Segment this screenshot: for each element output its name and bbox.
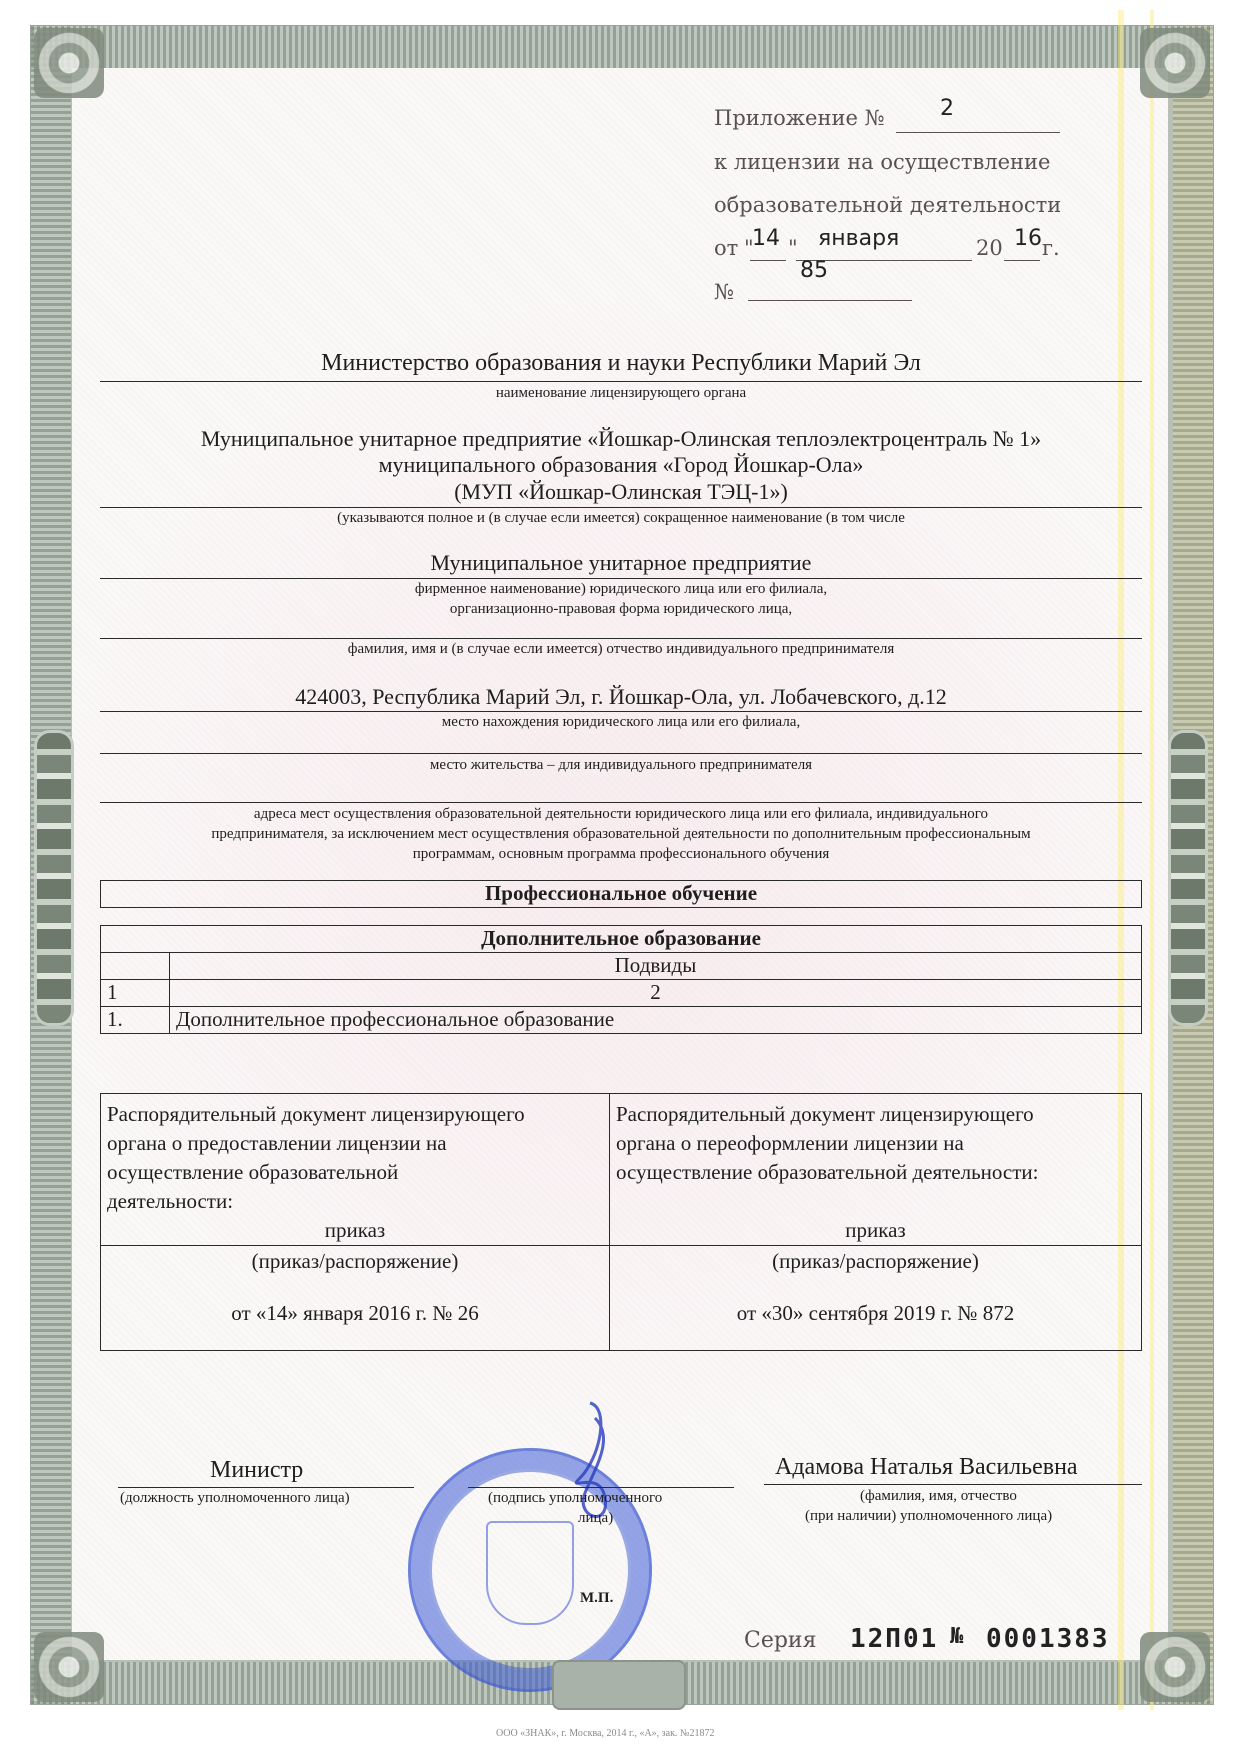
- reissue-type-caption: (приказ/распоряжение): [616, 1246, 1135, 1276]
- additional-education-table: Дополнительное образование Подвиды 1 2 1…: [100, 925, 1142, 1034]
- grant-order-cell: Распорядительный документ лицензирующего…: [101, 1094, 610, 1246]
- org-name-line2: муниципального образования «Город Йошкар…: [100, 452, 1142, 478]
- authority-caption: наименование лицензирующего органа: [100, 385, 1142, 402]
- address-caption3-line1: адреса мест осуществления образовательно…: [100, 806, 1142, 823]
- security-stripe: [1150, 10, 1154, 1710]
- signature-caption-line1: (подпись уполномоченного: [488, 1490, 662, 1507]
- frame-plate-ornament: [552, 1660, 686, 1710]
- address-caption2: место жительства – для индивидуального п…: [100, 757, 1142, 774]
- org-caption2-line2: организационно-правовая форма юридическо…: [100, 601, 1142, 618]
- seal-label: М.П.: [580, 1590, 613, 1607]
- org-caption2-line1: фирменное наименование) юридического лиц…: [100, 581, 1142, 598]
- table-row: 1 2: [101, 980, 1142, 1007]
- subtypes-header: Подвиды: [170, 953, 1142, 980]
- address-value: 424003, Республика Марий Эл, г. Йошкар-О…: [100, 684, 1142, 710]
- position-caption: (должность уполномоченного лица): [120, 1490, 350, 1507]
- authority-name: Министерство образования и науки Республ…: [100, 350, 1142, 377]
- address-caption3-line2: предпринимателя, за исключением мест осу…: [100, 826, 1142, 843]
- table-row: 1. Дополнительное профессиональное образ…: [101, 1007, 1142, 1034]
- corner-ornament-icon: [1140, 28, 1210, 98]
- corner-ornament-icon: [34, 28, 104, 98]
- serial-number: 0001383: [986, 1624, 1110, 1654]
- appendix-day: 14: [752, 226, 780, 251]
- reissue-order-date: от «30» сентября 2019 г. № 872: [616, 1298, 1135, 1328]
- signature-caption-line2: лица): [578, 1510, 613, 1527]
- reissue-order-type: приказ: [616, 1216, 1135, 1245]
- corner-ornament-icon: [34, 1632, 104, 1702]
- name-caption-line2: (при наличии) уполномоченного лица): [805, 1508, 1052, 1525]
- serial-label: Серия: [744, 1628, 816, 1653]
- appendix-label: Приложение №: [714, 106, 884, 130]
- signer-name: Адамова Наталья Васильевна: [775, 1454, 1078, 1481]
- license-no-label: №: [714, 280, 734, 304]
- orders-table: Распорядительный документ лицензирующего…: [100, 1093, 1142, 1351]
- license-number: 85: [800, 258, 828, 283]
- signer-position: Министр: [210, 1457, 303, 1484]
- address-caption3-line3: программам, основным программа профессио…: [100, 846, 1142, 863]
- year-prefix: 20: [976, 236, 1003, 260]
- appendix-line3: образовательной деятельности: [714, 193, 1061, 217]
- address-caption1: место нахождения юридического лица или е…: [100, 714, 1142, 731]
- org-caption1: (указываются полное и (в случае если име…: [100, 510, 1142, 527]
- org-legal-form: Муниципальное унитарное предприятие: [100, 550, 1142, 576]
- org-caption3: фамилия, имя и (в случае если имеется) о…: [100, 641, 1142, 658]
- date-prefix: от: [714, 236, 738, 260]
- serial-series: 12П01: [850, 1624, 938, 1654]
- appendix-year: 16: [1014, 226, 1042, 251]
- row-number: 1.: [101, 1007, 170, 1034]
- org-name-line3: (МУП «Йошкар-Олинская ТЭЦ-1»): [100, 479, 1142, 505]
- side-ornament-icon: [34, 730, 74, 1026]
- org-name-line1: Муниципальное унитарное предприятие «Йош…: [100, 426, 1142, 452]
- document-paper: [72, 68, 1168, 1660]
- grant-order-type: приказ: [107, 1216, 603, 1245]
- printer-note: ООО «ЗНАК», г. Москва, 2014 г., «А», зак…: [496, 1728, 714, 1739]
- side-ornament-icon: [1168, 730, 1208, 1026]
- appendix-month: января: [818, 226, 899, 251]
- grant-type-caption: (приказ/распоряжение): [107, 1246, 603, 1276]
- professional-training-table: Профессиональное обучение: [100, 880, 1142, 908]
- grant-order-date: от «14» января 2016 г. № 26: [107, 1298, 603, 1328]
- row-name: Дополнительное профессиональное образова…: [170, 1007, 1142, 1034]
- additional-education-title: Дополнительное образование: [101, 926, 1142, 953]
- professional-training-title: Профессиональное обучение: [101, 881, 1142, 908]
- appendix-line2: к лицензии на осуществление: [714, 150, 1050, 174]
- corner-ornament-icon: [1140, 1632, 1210, 1702]
- serial-no-label: №: [950, 1624, 965, 1649]
- year-end: г.: [1042, 236, 1060, 260]
- reissue-order-cell: Распорядительный документ лицензирующего…: [610, 1094, 1142, 1246]
- appendix-number: 2: [940, 96, 954, 121]
- name-caption-line1: (фамилия, имя, отчество: [860, 1488, 1017, 1505]
